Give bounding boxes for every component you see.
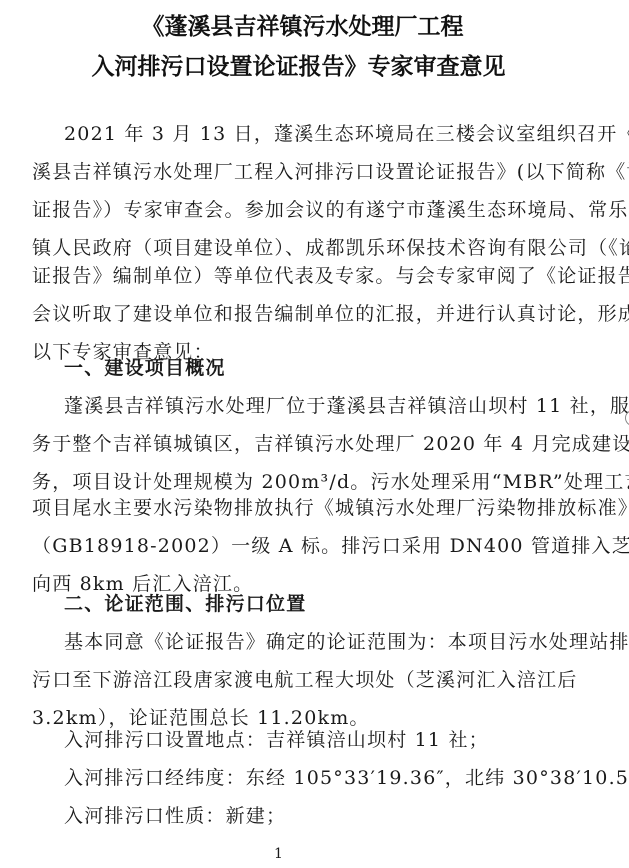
- section1-line: 务于整个吉祥镇城镇区，吉祥镇污水处理厂 2020 年 4 月完成建设任: [32, 432, 629, 456]
- intro-line: 溪县吉祥镇污水处理厂工程入河排污口设置论证报告》(以下简称《论: [32, 160, 629, 184]
- outlet-coordinates: 入河排污口经纬度：东经 105°33′19.36″，北纬 30°38′10.55…: [64, 766, 629, 790]
- intro-line: 证报告》编制单位）等单位代表及专家。与会专家审阅了《论证报告》,: [32, 264, 629, 288]
- outlet-location: 入河排污口设置地点：吉祥镇涪山坝村 11 社；: [64, 728, 489, 752]
- document-title-line-2: 入河排污口设置论证报告》专家审查意见: [0, 48, 613, 81]
- section-heading-2: 二、论证范围、排污口位置: [64, 592, 306, 616]
- page-number: 1: [274, 846, 283, 862]
- intro-line: 证报告》）专家审查会。参加会议的有遂宁市蓬溪生态环境局、常乐: [32, 198, 629, 222]
- intro-line: 镇人民政府（项目建设单位）、成都凯乐环保技术咨询有限公司（《论: [32, 236, 629, 260]
- intro-line: 会议听取了建设单位和报告编制单位的汇报，并进行认真讨论，形成: [32, 302, 629, 326]
- section1-line: 务，项目设计处理规模为 200m³/d。污水处理采用“MBR”处理工艺。: [32, 470, 629, 494]
- section1-line: 项目尾水主要水污染物排放执行《城镇污水处理厂污染物排放标准》: [32, 496, 629, 520]
- document-title-line-1: 《蓬溪县吉祥镇污水处理厂工程: [0, 8, 617, 41]
- section2-line: 3.2km），论证范围总长 11.20km。: [32, 706, 370, 730]
- binding-hole-mark: [625, 410, 629, 426]
- intro-line: 2021 年 3 月 13 日，蓬溪生态环境局在三楼会议室组织召开《蓬: [64, 122, 629, 146]
- section2-line: 基本同意《论证报告》确定的论证范围为：本项目污水处理站排: [64, 630, 629, 654]
- outlet-nature: 入河排污口性质：新建；: [64, 804, 286, 828]
- section2-line: 污口至下游涪江段唐家渡电航工程大坝处（芝溪河汇入涪江后: [32, 668, 577, 692]
- section1-line: （GB18918-2002）一级 A 标。排污口采用 DN400 管道排入芝溪河…: [32, 534, 629, 558]
- section-heading-1: 一、建设项目概况: [64, 356, 226, 380]
- section1-line: 蓬溪县吉祥镇污水处理厂位于蓬溪县吉祥镇涪山坝村 11 社，服: [64, 394, 629, 418]
